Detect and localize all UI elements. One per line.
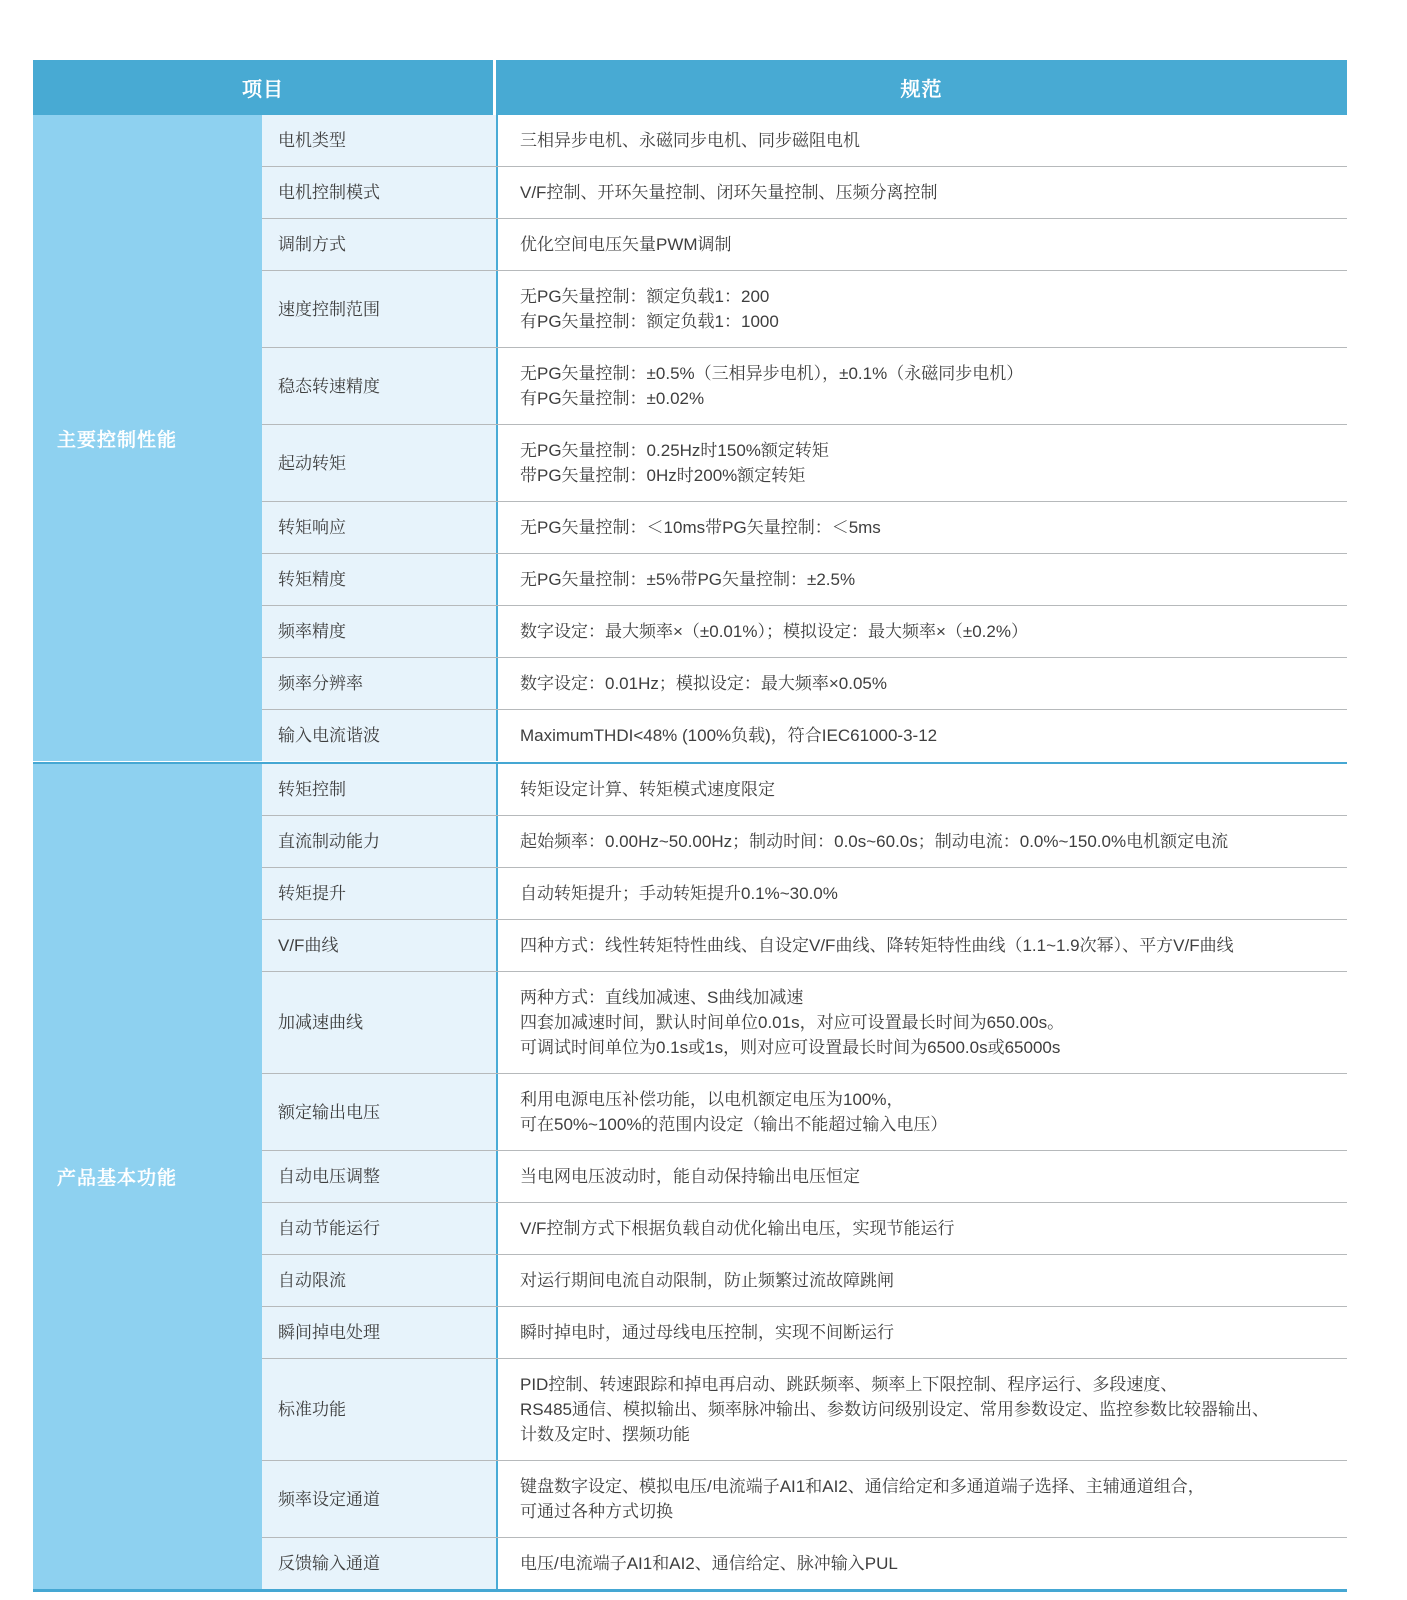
spec-line: 可在50%~100%的范围内设定（输出不能超过输入电压） — [520, 1112, 1329, 1137]
item-cell: 反馈输入通道 — [262, 1538, 496, 1589]
table-row: 电机控制模式V/F控制、开环矢量控制、闭环矢量控制、压频分离控制 — [262, 166, 1347, 218]
item-cell: 瞬间掉电处理 — [262, 1307, 496, 1358]
item-cell: 直流制动能力 — [262, 816, 496, 867]
spec-line: 可调试时间单位为0.1s或1s，则对应可设置最长时间为6500.0s或65000… — [520, 1035, 1329, 1060]
spec-line: 三相异步电机、永磁同步电机、同步磁阻电机 — [520, 128, 1329, 153]
item-cell: 输入电流谐波 — [262, 710, 496, 761]
item-cell: 调制方式 — [262, 219, 496, 270]
spec-line: 电压/电流端子AI1和AI2、通信给定、脉冲输入PUL — [520, 1551, 1329, 1576]
spec-cell: 无PG矢量控制：额定负载1：200有PG矢量控制：额定负载1：1000 — [496, 271, 1347, 347]
spec-cell: 无PG矢量控制：±5%带PG矢量控制：±2.5% — [496, 554, 1347, 605]
spec-line: 优化空间电压矢量PWM调制 — [520, 232, 1329, 257]
group-label: 主要控制性能 — [33, 115, 262, 761]
spec-cell: V/F控制、开环矢量控制、闭环矢量控制、压频分离控制 — [496, 167, 1347, 218]
spec-cell: MaximumTHDI<48% (100%负载)，符合IEC61000-3-12 — [496, 710, 1347, 761]
spec-line: 起始频率：0.00Hz~50.00Hz；制动时间：0.0s~60.0s；制动电流… — [520, 829, 1329, 854]
item-cell: 额定输出电压 — [262, 1074, 496, 1150]
spec-line: 无PG矢量控制：±5%带PG矢量控制：±2.5% — [520, 567, 1329, 592]
item-cell: 电机类型 — [262, 115, 496, 166]
table-row: 标准功能PID控制、转速跟踪和掉电再启动、跳跃频率、频率上下限控制、程序运行、多… — [262, 1358, 1347, 1460]
spec-cell: 三相异步电机、永磁同步电机、同步磁阻电机 — [496, 115, 1347, 166]
item-cell: 起动转矩 — [262, 425, 496, 501]
table-row: 转矩提升自动转矩提升；手动转矩提升0.1%~30.0% — [262, 867, 1347, 919]
spec-line: 数字设定：最大频率×（±0.01%）；模拟设定：最大频率×（±0.2%） — [520, 619, 1329, 644]
spec-cell: 键盘数字设定、模拟电压/电流端子AI1和AI2、通信给定和多通道端子选择、主辅通… — [496, 1461, 1347, 1537]
table-row: 自动节能运行V/F控制方式下根据负载自动优化输出电压，实现节能运行 — [262, 1202, 1347, 1254]
spec-line: PID控制、转速跟踪和掉电再启动、跳跃频率、频率上下限控制、程序运行、多段速度、 — [520, 1372, 1329, 1397]
item-cell: 转矩响应 — [262, 502, 496, 553]
item-cell: V/F曲线 — [262, 920, 496, 971]
item-cell: 加减速曲线 — [262, 972, 496, 1073]
table-row: 自动电压调整当电网电压波动时，能自动保持输出电压恒定 — [262, 1150, 1347, 1202]
table-row: 转矩控制转矩设定计算、转矩模式速度限定 — [262, 764, 1347, 815]
item-cell: 电机控制模式 — [262, 167, 496, 218]
spec-cell: 数字设定：最大频率×（±0.01%）；模拟设定：最大频率×（±0.2%） — [496, 606, 1347, 657]
spec-cell: 当电网电压波动时，能自动保持输出电压恒定 — [496, 1151, 1347, 1202]
spec-cell: 电压/电流端子AI1和AI2、通信给定、脉冲输入PUL — [496, 1538, 1347, 1589]
group-label: 产品基本功能 — [33, 764, 262, 1589]
spec-line: 利用电源电压补偿功能，以电机额定电压为100%， — [520, 1087, 1329, 1112]
table-row: V/F曲线四种方式：线性转矩特性曲线、自设定V/F曲线、降转矩特性曲线（1.1~… — [262, 919, 1347, 971]
spec-line: 瞬时掉电时，通过母线电压控制，实现不间断运行 — [520, 1320, 1329, 1345]
spec-cell: 数字设定：0.01Hz；模拟设定：最大频率×0.05% — [496, 658, 1347, 709]
spec-line: 无PG矢量控制：±0.5%（三相异步电机），±0.1%（永磁同步电机） — [520, 361, 1329, 386]
spec-line: 无PG矢量控制：＜10ms带PG矢量控制：＜5ms — [520, 515, 1329, 540]
spec-cell: 无PG矢量控制：0.25Hz时150%额定转矩带PG矢量控制：0Hz时200%额… — [496, 425, 1347, 501]
header-cell-item: 项目 — [33, 60, 496, 115]
table-row: 反馈输入通道电压/电流端子AI1和AI2、通信给定、脉冲输入PUL — [262, 1537, 1347, 1589]
spec-line: 四套加减速时间，默认时间单位0.01s，对应可设置最长时间为650.00s。 — [520, 1010, 1329, 1035]
table-row: 起动转矩无PG矢量控制：0.25Hz时150%额定转矩带PG矢量控制：0Hz时2… — [262, 424, 1347, 501]
table-row: 频率设定通道键盘数字设定、模拟电压/电流端子AI1和AI2、通信给定和多通道端子… — [262, 1460, 1347, 1537]
rows-container: 电机类型三相异步电机、永磁同步电机、同步磁阻电机电机控制模式V/F控制、开环矢量… — [262, 115, 1347, 761]
rows-container: 转矩控制转矩设定计算、转矩模式速度限定直流制动能力起始频率：0.00Hz~50.… — [262, 764, 1347, 1589]
spec-cell: PID控制、转速跟踪和掉电再启动、跳跃频率、频率上下限控制、程序运行、多段速度、… — [496, 1359, 1347, 1460]
spec-line: 四种方式：线性转矩特性曲线、自设定V/F曲线、降转矩特性曲线（1.1~1.9次幂… — [520, 933, 1329, 958]
spec-line: 转矩设定计算、转矩模式速度限定 — [520, 777, 1329, 802]
spec-cell: 四种方式：线性转矩特性曲线、自设定V/F曲线、降转矩特性曲线（1.1~1.9次幂… — [496, 920, 1347, 971]
table-row: 瞬间掉电处理瞬时掉电时，通过母线电压控制，实现不间断运行 — [262, 1306, 1347, 1358]
table-row: 自动限流对运行期间电流自动限制，防止频繁过流故障跳闸 — [262, 1254, 1347, 1306]
spec-cell: 利用电源电压补偿功能，以电机额定电压为100%，可在50%~100%的范围内设定… — [496, 1074, 1347, 1150]
item-cell: 频率设定通道 — [262, 1461, 496, 1537]
spec-line: 可通过各种方式切换 — [520, 1499, 1329, 1524]
item-cell: 自动限流 — [262, 1255, 496, 1306]
spec-line: 数字设定：0.01Hz；模拟设定：最大频率×0.05% — [520, 671, 1329, 696]
table-row: 调制方式优化空间电压矢量PWM调制 — [262, 218, 1347, 270]
spec-cell: 无PG矢量控制：±0.5%（三相异步电机），±0.1%（永磁同步电机）有PG矢量… — [496, 348, 1347, 424]
table-row: 直流制动能力起始频率：0.00Hz~50.00Hz；制动时间：0.0s~60.0… — [262, 815, 1347, 867]
spec-line: 无PG矢量控制：额定负载1：200 — [520, 284, 1329, 309]
item-cell: 稳态转速精度 — [262, 348, 496, 424]
item-cell: 自动电压调整 — [262, 1151, 496, 1202]
item-cell: 频率精度 — [262, 606, 496, 657]
item-cell: 速度控制范围 — [262, 271, 496, 347]
item-cell: 转矩控制 — [262, 764, 496, 815]
item-cell: 标准功能 — [262, 1359, 496, 1460]
item-cell: 转矩提升 — [262, 868, 496, 919]
spec-line: V/F控制、开环矢量控制、闭环矢量控制、压频分离控制 — [520, 180, 1329, 205]
table-body: 主要控制性能电机类型三相异步电机、永磁同步电机、同步磁阻电机电机控制模式V/F控… — [33, 115, 1347, 1589]
table-row: 速度控制范围无PG矢量控制：额定负载1：200有PG矢量控制：额定负载1：100… — [262, 270, 1347, 347]
header-cell-spec: 规范 — [496, 60, 1347, 115]
spec-line: 带PG矢量控制：0Hz时200%额定转矩 — [520, 463, 1329, 488]
spec-cell: 起始频率：0.00Hz~50.00Hz；制动时间：0.0s~60.0s；制动电流… — [496, 816, 1347, 867]
spec-line: 无PG矢量控制：0.25Hz时150%额定转矩 — [520, 438, 1329, 463]
table-row: 转矩响应无PG矢量控制：＜10ms带PG矢量控制：＜5ms — [262, 501, 1347, 553]
spec-line: 当电网电压波动时，能自动保持输出电压恒定 — [520, 1164, 1329, 1189]
table-row: 频率精度数字设定：最大频率×（±0.01%）；模拟设定：最大频率×（±0.2%） — [262, 605, 1347, 657]
spec-line: 两种方式：直线加减速、S曲线加减速 — [520, 985, 1329, 1010]
table-row: 输入电流谐波MaximumTHDI<48% (100%负载)，符合IEC6100… — [262, 709, 1347, 761]
spec-cell: 转矩设定计算、转矩模式速度限定 — [496, 764, 1347, 815]
group-section: 产品基本功能转矩控制转矩设定计算、转矩模式速度限定直流制动能力起始频率：0.00… — [33, 764, 1347, 1589]
spec-cell: 两种方式：直线加减速、S曲线加减速四套加减速时间，默认时间单位0.01s，对应可… — [496, 972, 1347, 1073]
item-cell: 自动节能运行 — [262, 1203, 496, 1254]
spec-line: V/F控制方式下根据负载自动优化输出电压，实现节能运行 — [520, 1216, 1329, 1241]
spec-cell: 对运行期间电流自动限制，防止频繁过流故障跳闸 — [496, 1255, 1347, 1306]
spec-cell: 瞬时掉电时，通过母线电压控制，实现不间断运行 — [496, 1307, 1347, 1358]
spec-line: RS485通信、模拟输出、频率脉冲输出、参数访问级别设定、常用参数设定、监控参数… — [520, 1397, 1329, 1422]
table-header-row: 项目 规范 — [33, 60, 1347, 115]
item-cell: 频率分辨率 — [262, 658, 496, 709]
spec-line: 有PG矢量控制：额定负载1：1000 — [520, 309, 1329, 334]
spec-line: 自动转矩提升；手动转矩提升0.1%~30.0% — [520, 881, 1329, 906]
spec-line: 键盘数字设定、模拟电压/电流端子AI1和AI2、通信给定和多通道端子选择、主辅通… — [520, 1474, 1329, 1499]
spec-cell: 优化空间电压矢量PWM调制 — [496, 219, 1347, 270]
spec-cell: 自动转矩提升；手动转矩提升0.1%~30.0% — [496, 868, 1347, 919]
group-section: 主要控制性能电机类型三相异步电机、永磁同步电机、同步磁阻电机电机控制模式V/F控… — [33, 115, 1347, 761]
item-cell: 转矩精度 — [262, 554, 496, 605]
spec-line: 对运行期间电流自动限制，防止频繁过流故障跳闸 — [520, 1268, 1329, 1293]
spec-cell: 无PG矢量控制：＜10ms带PG矢量控制：＜5ms — [496, 502, 1347, 553]
spec-line: 计数及定时、摆频功能 — [520, 1422, 1329, 1447]
table-row: 转矩精度无PG矢量控制：±5%带PG矢量控制：±2.5% — [262, 553, 1347, 605]
table-row: 额定输出电压利用电源电压补偿功能，以电机额定电压为100%，可在50%~100%… — [262, 1073, 1347, 1150]
table-row: 频率分辨率数字设定：0.01Hz；模拟设定：最大频率×0.05% — [262, 657, 1347, 709]
table-row: 加减速曲线两种方式：直线加减速、S曲线加减速四套加减速时间，默认时间单位0.01… — [262, 971, 1347, 1073]
spec-line: 有PG矢量控制：±0.02% — [520, 386, 1329, 411]
table-row: 稳态转速精度无PG矢量控制：±0.5%（三相异步电机），±0.1%（永磁同步电机… — [262, 347, 1347, 424]
spec-line: MaximumTHDI<48% (100%负载)，符合IEC61000-3-12 — [520, 723, 1329, 748]
spec-table: 项目 规范 主要控制性能电机类型三相异步电机、永磁同步电机、同步磁阻电机电机控制… — [33, 60, 1347, 1592]
spec-cell: V/F控制方式下根据负载自动优化输出电压，实现节能运行 — [496, 1203, 1347, 1254]
table-row: 电机类型三相异步电机、永磁同步电机、同步磁阻电机 — [262, 115, 1347, 166]
